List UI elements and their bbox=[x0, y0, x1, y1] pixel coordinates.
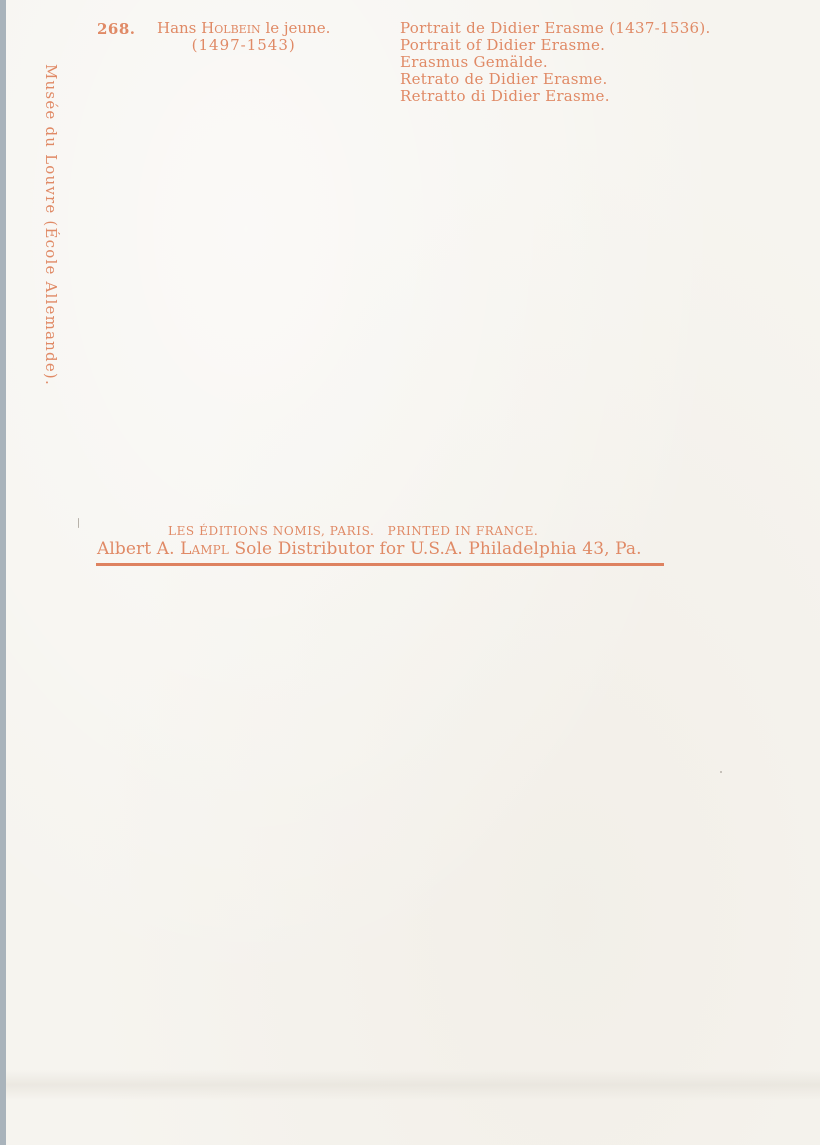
artist-last-name: Holbein bbox=[201, 19, 261, 37]
publisher-line: LES ÉDITIONS NOMIS, PARIS. PRINTED IN FR… bbox=[168, 524, 538, 538]
paper-speck bbox=[78, 518, 79, 528]
distributor-prefix: Albert A. bbox=[97, 539, 175, 559]
scan-edge bbox=[0, 0, 6, 1145]
paper-speck bbox=[720, 771, 722, 773]
title-french: Portrait de Didier Erasme (1437-1536). bbox=[400, 20, 711, 37]
catalog-number: 268. bbox=[97, 20, 136, 38]
title-list: Portrait de Didier Erasme (1437-1536). P… bbox=[400, 20, 711, 105]
artist-suffix: le jeune. bbox=[265, 19, 330, 37]
distributor-line: Albert A. Lampl Sole Distributor for U.S… bbox=[97, 539, 642, 559]
artist-block: Hans Holbein le jeune. (1497-1543) bbox=[157, 20, 330, 54]
artist-first-name: Hans bbox=[157, 19, 196, 37]
museum-credit: Musée du Louvre (École Allemande). bbox=[40, 64, 60, 386]
title-english: Portrait of Didier Erasme. bbox=[400, 37, 711, 54]
title-spanish: Retrato de Didier Erasme. bbox=[400, 71, 711, 88]
paper-fold-band bbox=[6, 1070, 820, 1100]
footer-rule bbox=[96, 563, 664, 566]
distributor-name: Lampl bbox=[180, 539, 229, 559]
postcard-back: 268. Hans Holbein le jeune. (1497-1543) … bbox=[0, 0, 820, 1145]
artist-dates: (1497-1543) bbox=[157, 37, 330, 54]
distributor-suffix: Sole Distributor for U.S.A. Philadelphia… bbox=[234, 539, 641, 559]
title-german: Erasmus Gemälde. bbox=[400, 54, 711, 71]
title-italian: Retratto di Didier Erasme. bbox=[400, 88, 711, 105]
